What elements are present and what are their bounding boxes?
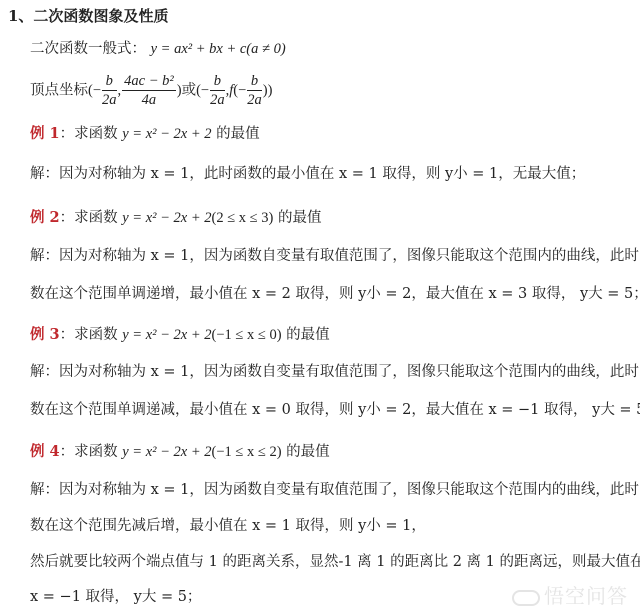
- example-4-question: 例 4：求函数 y = x² − 2x + 2(−1 ≤ x ≤ 2) 的最值: [30, 442, 330, 462]
- example-2-solution-line: 数在这个范围单调递增，最小值在 x = 2 取得，则 y小 = 2，最大值在 x…: [30, 284, 640, 304]
- general-form: 二次函数一般式： y = ax² + bx + c(a ≠ 0): [30, 39, 286, 59]
- vertex-y-fraction: 4ac − b²4a: [122, 72, 176, 109]
- general-form-label: 二次函数一般式：: [30, 41, 146, 57]
- vertex-x-fraction-2: b2a: [210, 72, 225, 109]
- example-1-question: 例 1：求函数 y = x² − 2x + 2 的最值: [30, 124, 260, 144]
- vertex-or: 或: [182, 83, 197, 99]
- wukong-logo-icon: [512, 590, 540, 606]
- example-4-solution-line: x = −1 取得， y大 = 5；: [30, 587, 201, 607]
- example-2-question: 例 2：求函数 y = x² − 2x + 2(2 ≤ x ≤ 3) 的最值: [30, 208, 321, 228]
- vertex-line: 顶点坐标(−b2a,4ac − b²4a)或(−b2a,f(−b2a)): [30, 72, 272, 108]
- vertex-x-fraction: b2a: [102, 72, 117, 109]
- section-title: 1、二次函数图象及性质: [8, 6, 168, 26]
- general-form-formula: y = ax² + bx + c(a ≠ 0): [151, 41, 286, 57]
- example-3-solution-line: 数在这个范围单调递减，最小值在 x = 0 取得，则 y小 = 2，最大值在 x…: [30, 400, 640, 420]
- vertex-f-fraction: b2a: [247, 72, 262, 109]
- example-1-solution-line: 解：因为对称轴为 x = 1，此时函数的最小值在 x = 1 取得，则 y小 =…: [30, 164, 585, 184]
- example-2-solution-line: 解：因为对称轴为 x = 1，因为函数自变量有取值范围了，图像只能取这个范围内的…: [30, 246, 640, 266]
- example-4-solution-line: 然后就要比较两个端点值与 1 的距离关系，显然-1 离 1 的距离比 2 离 1…: [30, 552, 640, 572]
- example-3-question: 例 3：求函数 y = x² − 2x + 2(−1 ≤ x ≤ 0) 的最值: [30, 325, 330, 345]
- example-4-solution-line: 数在这个范围先减后增，最小值在 x = 1 取得，则 y小 = 1，: [30, 516, 426, 536]
- vertex-label: 顶点坐标: [30, 83, 88, 99]
- example-3-solution-line: 解：因为对称轴为 x = 1，因为函数自变量有取值范围了，图像只能取这个范围内的…: [30, 362, 640, 382]
- watermark: 悟空问答: [512, 580, 628, 609]
- example-4-solution-line: 解：因为对称轴为 x = 1，因为函数自变量有取值范围了，图像只能取这个范围内的…: [30, 480, 640, 500]
